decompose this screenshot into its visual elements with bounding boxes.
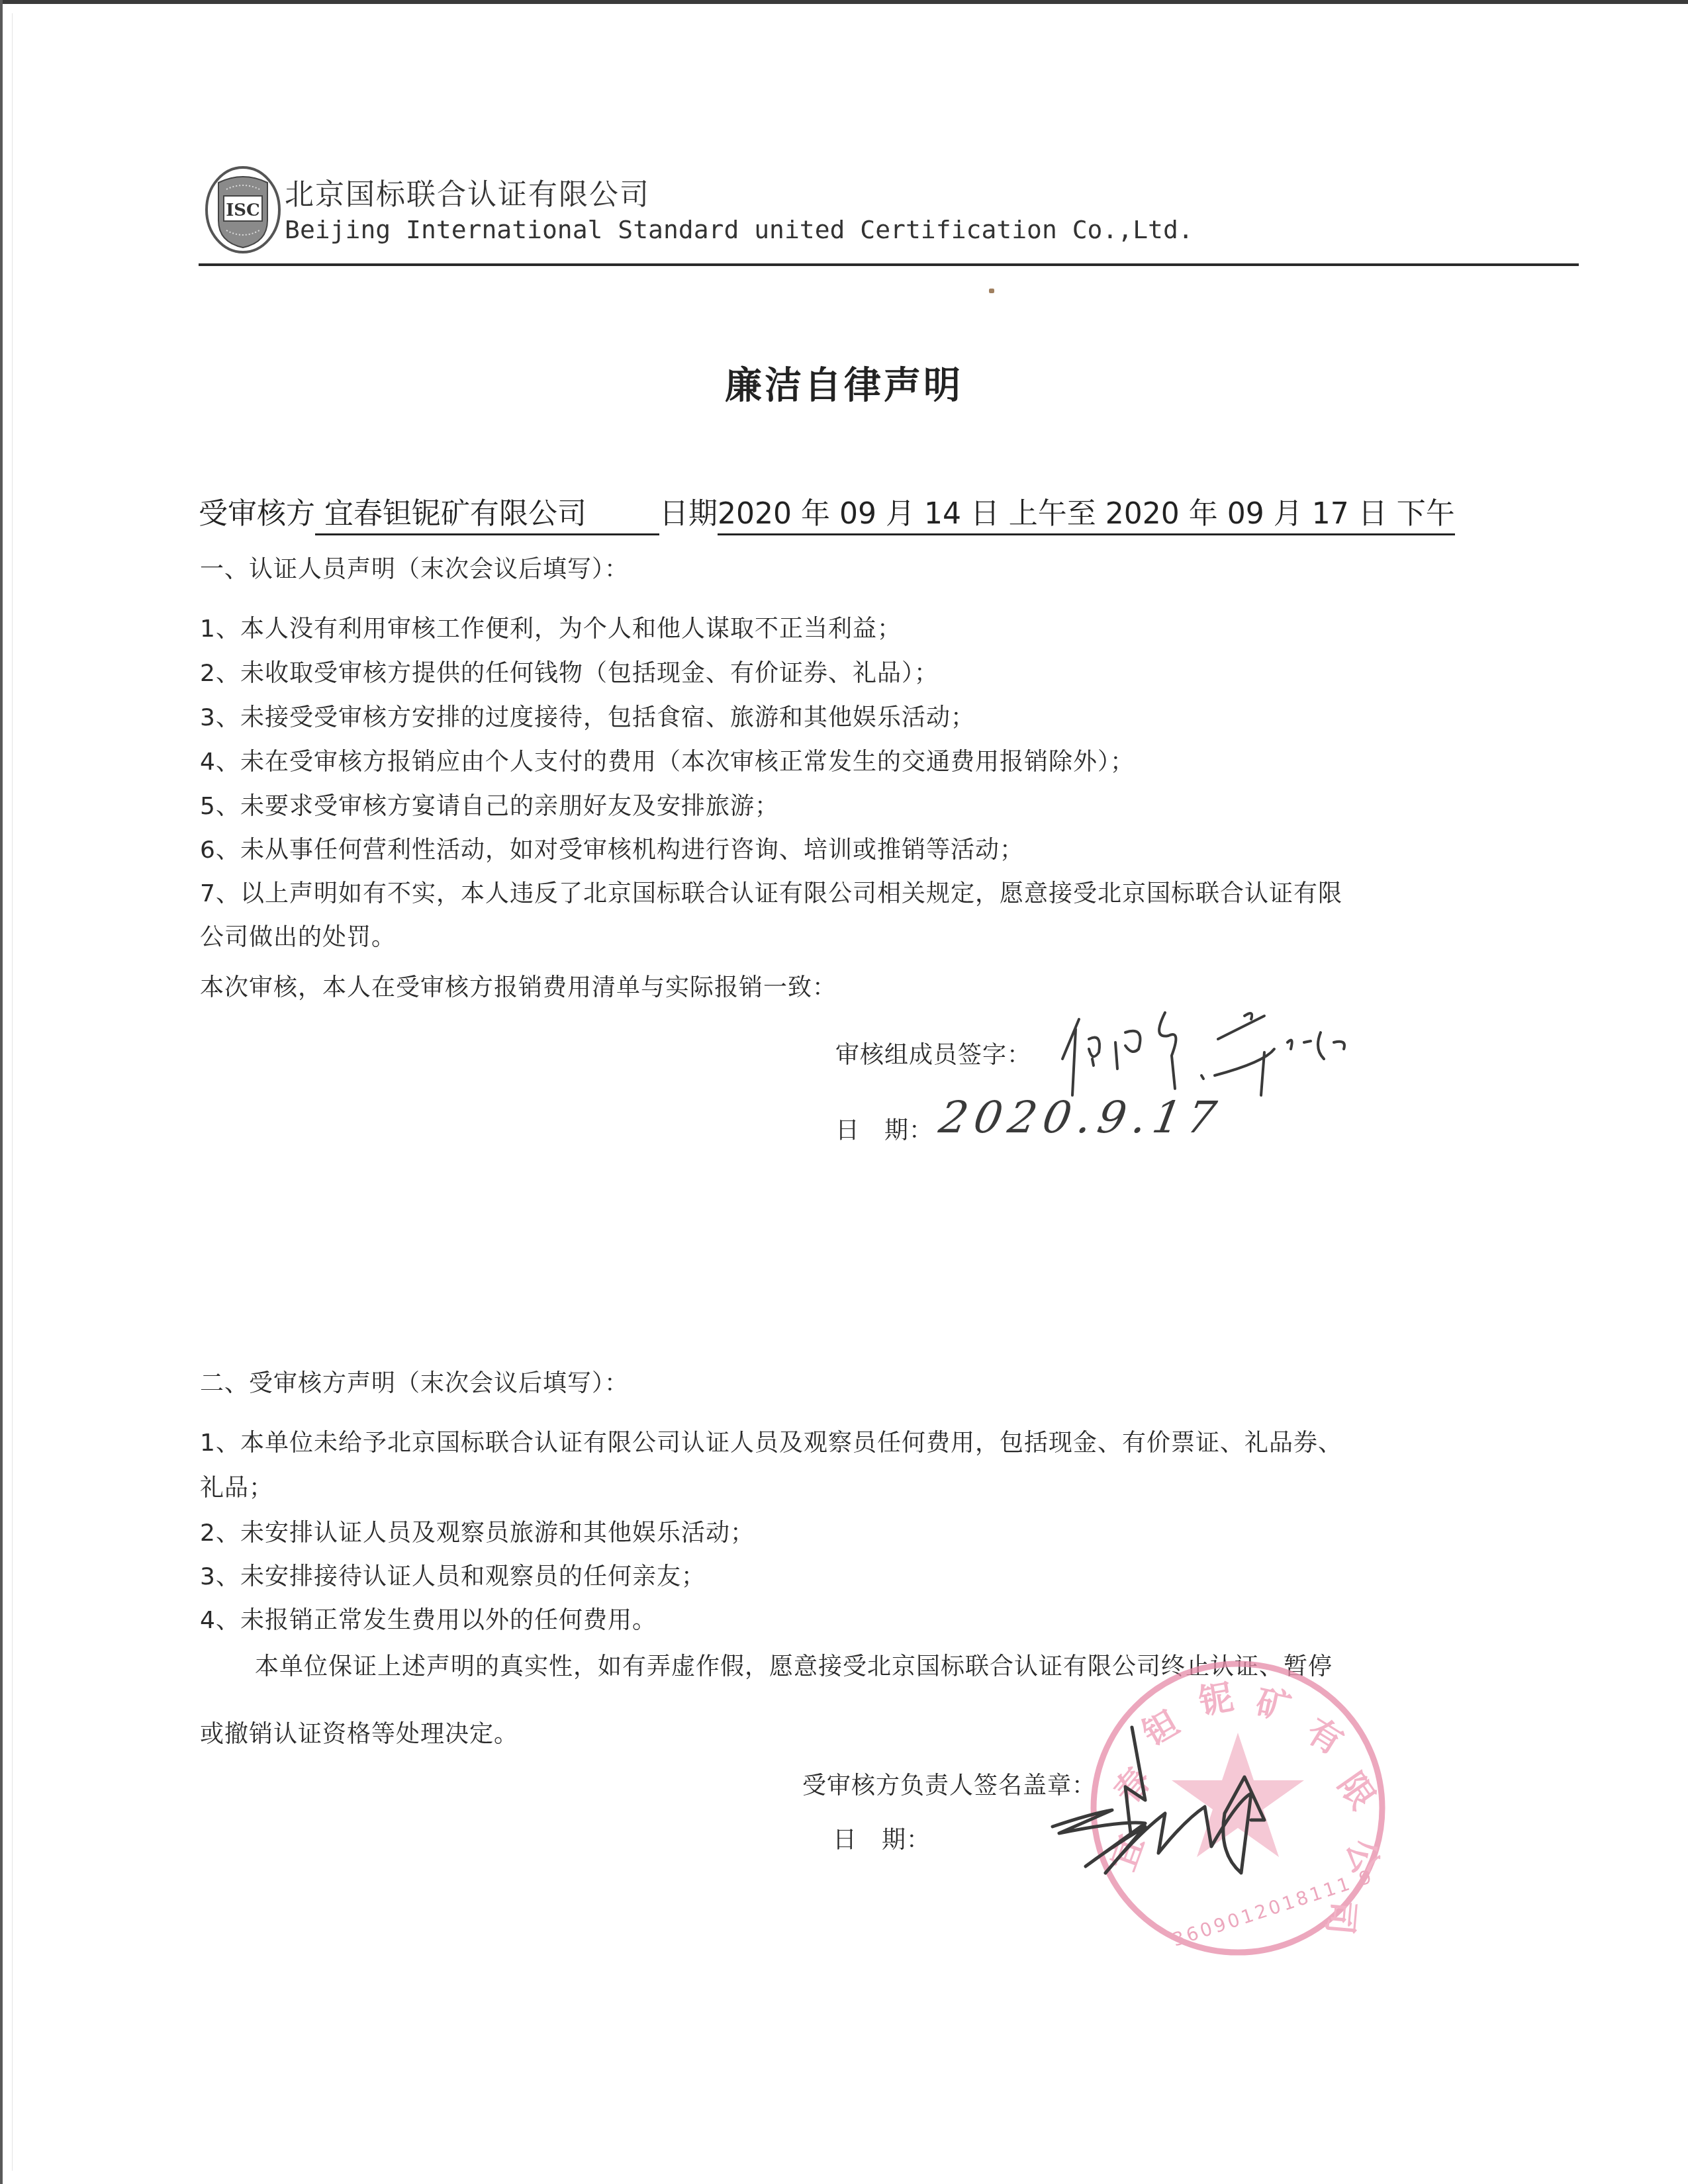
document-title: 廉洁自律声明	[0, 356, 1688, 409]
auditee-signature-handwriting	[1046, 1714, 1324, 1886]
reimbursement-note: 本次审核，本人在受审核方报销费用清单与实际报销一致：	[200, 969, 837, 1003]
section2-item-continued: 礼品；	[200, 1469, 273, 1503]
auditee-name: 宜春钽铌矿有限公司	[324, 497, 586, 531]
scan-speck	[989, 289, 994, 293]
svg-text:限: 限	[1330, 1766, 1382, 1817]
section1-item: 2、未收取受审核方提供的任何钱物（包括现金、有价证券、礼品）；	[200, 655, 939, 688]
section2-item: 3、未安排接待认证人员和观察员的任何亲友；	[200, 1558, 706, 1592]
isc-logo-icon: ISC	[204, 164, 282, 255]
scan-edge-line	[12, 13, 13, 2171]
date-label: 日期	[659, 497, 718, 531]
scan-edge-top	[0, 0, 1688, 4]
section1-item: 5、未要求受审核方宴请自己的亲朋好友及安排旅游；	[200, 788, 779, 821]
scan-edge-left	[0, 0, 3, 2184]
auditor-date-label: 日 期：	[835, 1112, 933, 1146]
section1-item-continued: 公司做出的处罚。	[200, 919, 396, 952]
section1-item: 3、未接受受审核方安排的过度接待，包括食宿、旅游和其他娱乐活动；	[200, 699, 975, 733]
section2-item: 1、本单位未给予北京国标联合认证有限公司认证人员及观察员任何费用，包括现金、有价…	[200, 1424, 1342, 1458]
auditor-date-handwritten: 2020.9.17	[935, 1092, 1226, 1143]
section2-heading: 二、受审核方声明（末次会议后填写）：	[200, 1365, 629, 1398]
audit-date-range: 2020 年 09 月 14 日 上午至 2020 年 09 月 17 日 下午	[718, 490, 1455, 535]
guarantee-line-2: 或撤销认证资格等处理决定。	[200, 1715, 518, 1749]
header-divider	[199, 263, 1579, 266]
auditor-signature-label: 审核组成员签字：	[835, 1036, 1031, 1070]
svg-text:司: 司	[1319, 1899, 1362, 1936]
section1-heading: 一、认证人员声明（末次会议后填写）：	[200, 551, 629, 584]
section1-item: 6、未从事任何营利性活动，如对受审核机构进行咨询、培训或推销等活动；	[200, 831, 1024, 865]
svg-text:ISC: ISC	[226, 201, 260, 220]
section2-item: 2、未安排认证人员及观察员旅游和其他娱乐活动；	[200, 1514, 755, 1548]
audit-info-line: 受审核方 宜春钽铌矿有限公司日期2020 年 09 月 14 日 上午至 202…	[199, 490, 1455, 535]
section1-item: 4、未在受审核方报销应由个人支付的费用（本次审核正常发生的交通费用报销除外）；	[200, 743, 1135, 777]
auditee-date-label: 日 期：	[833, 1821, 931, 1855]
company-name-en: Beijing International Standard united Ce…	[285, 215, 1194, 244]
section1-item: 1、本人没有利用审核工作便利，为个人和他人谋取不正当利益；	[200, 610, 902, 644]
company-name-cn: 北京国标联合认证有限公司	[285, 171, 650, 213]
section1-item: 7、以上声明如有不实，本人违反了北京国标联合认证有限公司相关规定，愿意接受北京国…	[200, 875, 1342, 909]
section2-item: 4、未报销正常发生费用以外的任何费用。	[200, 1602, 657, 1635]
auditee-name-field: 宜春钽铌矿有限公司	[315, 490, 659, 535]
auditee-label: 受审核方	[199, 497, 315, 531]
